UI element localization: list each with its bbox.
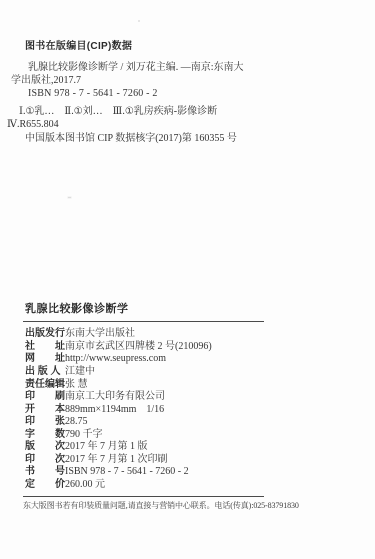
colophon-row-label: 印 刷 (25, 391, 65, 404)
cip-heading: 图书在版编目(CIP)数据 (25, 40, 300, 53)
colophon-row-label: 网 址 (25, 353, 65, 366)
cip-classification-line-1: Ⅰ.①乳… Ⅱ.①刘… Ⅲ.①乳房疾病-影像诊断 (19, 105, 300, 118)
colophon-row: 开 本 889mm×1194mm 1/16 (23, 404, 264, 417)
colophon-row-value: 南京市玄武区四牌楼 2 号(210096) (65, 341, 212, 354)
colophon-row-label: 版 次 (25, 441, 65, 454)
cip-isbn-line: ISBN 978 - 7 - 5641 - 7260 - 2 (28, 87, 300, 100)
colophon-row-label: 出版发行 (25, 328, 65, 341)
colophon-row-label: 出 版 人 (25, 366, 65, 379)
colophon-row: 印 刷 南京工大印务有限公司 (23, 391, 264, 404)
colophon-row-label: 字 数 (25, 429, 65, 442)
colophon-row: 书 号 ISBN 978 - 7 - 5641 - 7260 - 2 (23, 466, 264, 479)
colophon-row: 社 址 南京市玄武区四牌楼 2 号(210096) (23, 341, 264, 354)
colophon-row: 责任编辑 张 慧 (23, 379, 264, 392)
colophon-row-value: 东南大学出版社 (65, 328, 135, 341)
colophon-row-value: 江建中 (65, 366, 95, 379)
colophon-row: 出 版 人 江建中 (23, 366, 264, 379)
colophon-row: 出版发行 东南大学出版社 (23, 328, 264, 341)
book-copyright-page: 图书在版编目(CIP)数据 乳腺比较影像诊断学 / 刘万花主编. —南京:东南大… (0, 0, 375, 559)
colophon-row-value: 889mm×1194mm 1/16 (65, 404, 164, 417)
colophon-row: 版 次 2017 年 7 月第 1 版 (23, 441, 264, 454)
colophon-rows: 出版发行 东南大学出版社 社 址 南京市玄武区四牌楼 2 号(210096) 网… (23, 328, 264, 491)
colophon-row-label: 印 张 (25, 416, 65, 429)
colophon-row-label: 责任编辑 (25, 379, 65, 392)
colophon-row: 印 张 28.75 (23, 416, 264, 429)
cip-classification-line-2: Ⅳ.R655.804 (7, 118, 300, 131)
colophon-row-value: ISBN 978 - 7 - 5641 - 7260 - 2 (65, 466, 189, 479)
divider-top (23, 321, 264, 322)
cip-record-number-line: 中国版本图书馆 CIP 数据核字(2017)第 160355 号 (25, 132, 300, 145)
colophon-row-value: 260.00 元 (65, 479, 105, 492)
colophon-row-value: 2017 年 7 月第 1 版 (65, 441, 148, 454)
colophon-row-value: 790 千字 (65, 429, 103, 442)
colophon-row-value: 28.75 (65, 416, 88, 429)
colophon-row-value: 南京工大印务有限公司 (65, 391, 165, 404)
colophon-row-label: 印 次 (25, 454, 65, 467)
book-title: 乳腺比较影像诊断学 (25, 303, 264, 316)
colophon-row-value: http://www.seupress.com (65, 353, 166, 366)
scan-speck (68, 197, 71, 198)
colophon-row-label: 开 本 (25, 404, 65, 417)
colophon-row-label: 社 址 (25, 341, 65, 354)
quality-hotline-footnote: 东大版图书若有印装质量问题,请直接与营销中心联系。电话(传真):025-8379… (23, 501, 264, 511)
divider-bottom (23, 496, 264, 497)
colophon-row: 定 价 260.00 元 (23, 479, 264, 492)
colophon-row: 网 址 http://www.seupress.com (23, 353, 264, 366)
colophon-row: 字 数 790 千字 (23, 429, 264, 442)
colophon-row-label: 定 价 (25, 479, 65, 492)
colophon-block: 乳腺比较影像诊断学 出版发行 东南大学出版社 社 址 南京市玄武区四牌楼 2 号… (23, 303, 264, 511)
scan-speck (138, 20, 140, 22)
cip-block: 图书在版编目(CIP)数据 乳腺比较影像诊断学 / 刘万花主编. —南京:东南大… (0, 40, 300, 145)
colophon-row-label: 书 号 (25, 466, 65, 479)
colophon-row-value: 2017 年 7 月第 1 次印刷 (65, 454, 168, 467)
colophon-row: 印 次 2017 年 7 月第 1 次印刷 (23, 454, 264, 467)
cip-entry-line-1: 乳腺比较影像诊断学 / 刘万花主编. —南京:东南大 (28, 61, 300, 74)
cip-entry-line-2: 学出版社,2017.7 (11, 74, 300, 87)
colophon-row-value: 张 慧 (65, 379, 88, 392)
